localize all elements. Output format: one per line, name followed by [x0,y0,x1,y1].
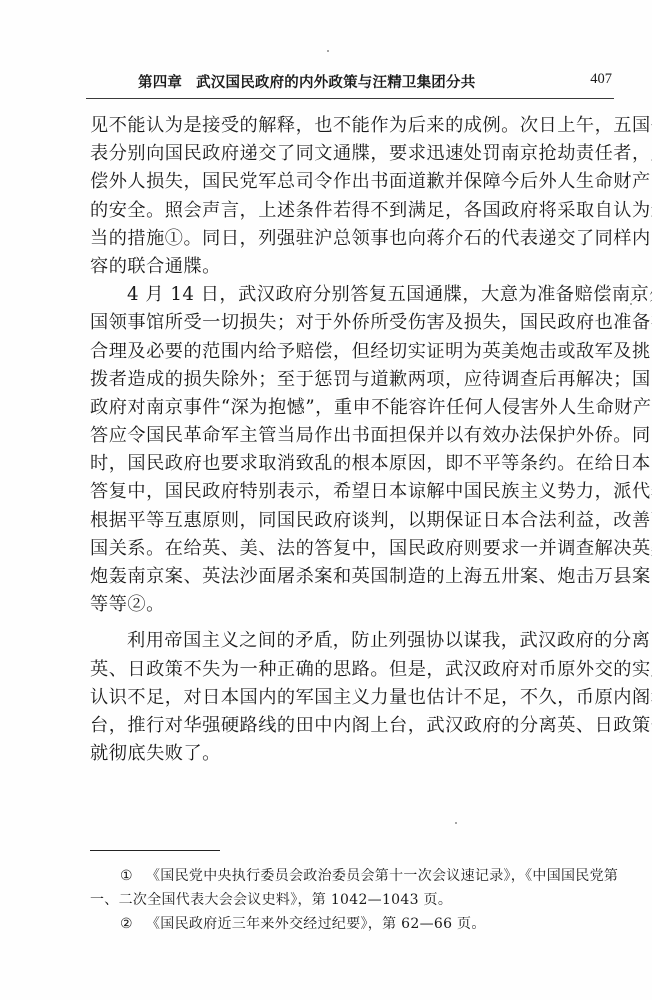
text-line: 拨者造成的损失除外；至于惩罚与道歉两项，应待调查后再解决；国民 [90,366,620,394]
footnote-2: ②《国民政府近三年来外交经过纪要》，第 62—66 页。 [90,912,620,936]
chapter-label: 第四章 [138,74,182,91]
text-line: 的安全。照会声言，上述条件若得不到满足，各国政府将采取自认为适 [90,197,620,225]
paragraph: 4 月 14 日，武汉政府分别答复五国通牒，大意为准备赔偿南京外 国领事馆所受一… [90,281,620,619]
text-line: 时，国民政府也要求取消致乱的根本原因，即不平等条约。在给日本的 [90,450,620,478]
text-line: 偿外人损失，国民党军总司令作出书面道歉并保障今后外人生命财产 [90,168,620,196]
footnote-mark: ② [120,912,140,936]
chapter-title: 武汉国民政府的内外政策与汪精卫集团分共 [196,74,475,91]
header-rule [86,98,614,99]
text-line: 见不能认为是接受的解释，也不能作为后来的成例。次日上午，五国代 [90,112,620,140]
scan-speck [630,303,632,305]
footnote-line: ①《国民党中央执行委员会政治委员会第十一次会议速记录》，《中国国民党第 [90,864,620,888]
paragraph: 利用帝国主义之间的矛盾，防止列强协以谋我，武汉政府的分离 英、日政策不失为一种正… [90,627,620,768]
text-line: 炮轰南京案、英法沙面屠杀案和英国制造的上海五卅案、炮击万县案， [90,563,620,591]
text-line: 就彻底失败了。 [90,740,620,768]
scan-speck [455,822,457,824]
paragraph-gap [90,619,620,627]
running-head: 第四章武汉国民政府的内外政策与汪精卫集团分共 407 [88,71,612,93]
text-line: 台，推行对华强硬路线的田中内阁上台，武汉政府的分离英、日政策也 [90,712,620,740]
paragraph: 见不能认为是接受的解释，也不能作为后来的成例。次日上午，五国代 表分别向国民政府… [90,112,620,281]
book-page: 第四章武汉国民政府的内外政策与汪精卫集团分共 407 见不能认为是接受的解释，也… [0,0,652,1000]
footnote-1: ①《国民党中央执行委员会政治委员会第十一次会议速记录》，《中国国民党第 一、二次… [90,864,620,912]
footnote-line: 一、二次全国代表大会会议史料》，第 1042—1043 页。 [90,888,620,912]
footnote-mark: ① [120,864,140,888]
text-line: 4 月 14 日，武汉政府分别答复五国通牒，大意为准备赔偿南京外 [90,281,620,309]
body-text: 见不能认为是接受的解释，也不能作为后来的成例。次日上午，五国代 表分别向国民政府… [90,112,620,768]
text-line: 合理及必要的范围内给予赔偿，但经切实证明为英美炮击或敌军及挑 [90,338,620,366]
page-number: 407 [590,71,612,88]
scan-speck [327,50,329,52]
running-head-title: 第四章武汉国民政府的内外政策与汪精卫集团分共 [138,71,475,92]
text-line: 当的措施①。同日，列强驻沪总领事也向蒋介石的代表递交了同样内 [90,225,620,253]
text-line: 答复中，国民政府特别表示，希望日本谅解中国民族主义势力，派代表 [90,478,620,506]
scan-speck [330,646,332,648]
text-line: 国关系。在给英、美、法的答复中，国民政府则要求一并调查解决英美 [90,535,620,563]
footnote-rule [90,850,220,851]
footnotes: ①《国民党中央执行委员会政治委员会第十一次会议速记录》，《中国国民党第 一、二次… [90,864,620,936]
text-line: 根据平等互惠原则，同国民政府谈判，以期保证日本合法利益，改善两 [90,507,620,535]
text-line: 认识不足，对日本国内的军国主义力量也估计不足，不久，币原内阁垮 [90,684,620,712]
text-line: 容的联合通牒。 [90,253,620,281]
text-line: 政府对南京事件“深为抱憾”，重申不能容许任何人侵害外人生命财产， [90,394,620,422]
footnote-line: ②《国民政府近三年来外交经过纪要》，第 62—66 页。 [90,912,620,936]
text-line: 表分别向国民政府递交了同文通牒，要求迅速处罚南京抢劫责任者，赔 [90,140,620,168]
text-line: 利用帝国主义之间的矛盾，防止列强协以谋我，武汉政府的分离 [90,627,620,655]
footnote-text: 《国民政府近三年来外交经过纪要》，第 62—66 页。 [146,916,486,932]
text-line: 答应令国民革命军主管当局作出书面担保并以有效办法保护外侨。同 [90,422,620,450]
text-line: 等等②。 [90,591,620,619]
text-line: 国领事馆所受一切损失；对于外侨所受伤害及损失，国民政府也准备在 [90,309,620,337]
footnote-text: 《国民党中央执行委员会政治委员会第十一次会议速记录》，《中国国民党第 [146,868,618,884]
text-line: 英、日政策不失为一种正确的思路。但是，武汉政府对币原外交的实质 [90,656,620,684]
